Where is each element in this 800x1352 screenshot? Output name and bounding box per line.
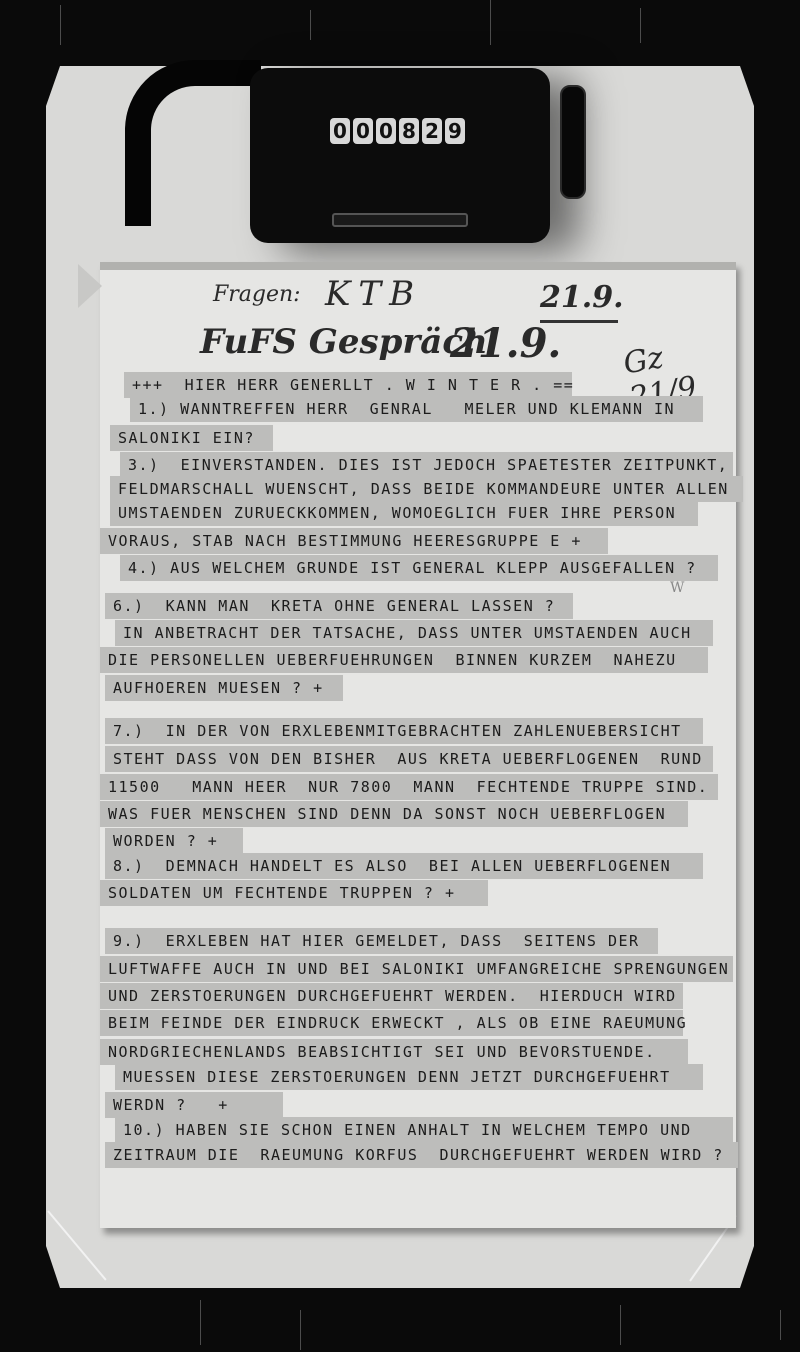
telex-line: STEHT DASS VON DEN BISHER AUS KRETA UEBE… [105, 746, 713, 772]
folded-corner [78, 264, 102, 308]
telex-line: IN ANBETRACHT DER TATSACHE, DASS UNTER U… [115, 620, 713, 646]
counter-digits: 0 0 0 8 2 9 [330, 118, 465, 144]
handwritten-date-top: 21.9. [540, 280, 624, 315]
margin-mark-w: W [670, 580, 684, 596]
film-scratch [310, 10, 311, 40]
telex-line: SOLDATEN UM FECHTENDE TRUPPEN ? + [100, 880, 488, 906]
telex-line: WAS FUER MENSCHEN SIND DENN DA SONST NOC… [100, 801, 688, 827]
telex-line: DIE PERSONELLEN UEBERFUEHRUNGEN BINNEN K… [100, 647, 708, 673]
handwritten-ktb: KTB [325, 274, 422, 314]
counter-slot [332, 213, 468, 227]
telex-line: 11500 MANN HEER NUR 7800 MANN FECHTENDE … [100, 774, 718, 800]
telex-line: WERDN ? + [105, 1092, 283, 1118]
counter-digit: 0 [330, 118, 350, 144]
handwritten-fufs-gespraech: FuFS Gespräch [200, 322, 488, 362]
telex-line: 3.) EINVERSTANDEN. DIES IST JEDOCH SPAET… [120, 452, 733, 478]
telex-line: 8.) DEMNACH HANDELT ES ALSO BEI ALLEN UE… [105, 853, 703, 879]
film-scratch [60, 5, 61, 45]
telex-line: ZEITRAUM DIE RAEUMUNG KORFUS DURCHGEFUEH… [105, 1142, 738, 1168]
telex-line: WORDEN ? + [105, 828, 243, 854]
telex-line: 4.) AUS WELCHEM GRUNDE IST GENERAL KLEPP… [120, 555, 718, 581]
counter-digit: 9 [445, 118, 465, 144]
telex-line: FELDMARSCHALL WUENSCHT, DASS BEIDE KOMMA… [110, 476, 743, 502]
telex-line: UND ZERSTOERUNGEN DURCHGEFUEHRT WERDEN. … [100, 983, 683, 1009]
counter-digit: 0 [376, 118, 396, 144]
film-scratch [300, 1310, 301, 1350]
handwritten-date: 21.9. [450, 320, 561, 367]
counter-cable [125, 60, 261, 226]
telex-line: AUFHOEREN MUESEN ? + [105, 675, 343, 701]
telex-line: 6.) KANN MAN KRETA OHNE GENERAL LASSEN ? [105, 593, 573, 619]
telex-line: LUFTWAFFE AUCH IN UND BEI SALONIKI UMFAN… [100, 956, 733, 982]
paper-top-edge [100, 262, 736, 270]
counter-knob-icon [560, 85, 586, 199]
telex-line: UMSTAENDEN ZURUECKKOMMEN, WOMOEGLICH FUE… [110, 500, 698, 526]
telex-line: 7.) IN DER VON ERXLEBENMITGEBRACHTEN ZAH… [105, 718, 703, 744]
counter-digit: 0 [353, 118, 373, 144]
film-scratch [200, 1300, 201, 1345]
film-scratch [780, 1310, 781, 1340]
telex-line: 9.) ERXLEBEN HAT HIER GEMELDET, DASS SEI… [105, 928, 658, 954]
telex-line: +++ HIER HERR GENERLLT . W I N T E R . =… [124, 372, 572, 398]
telex-line: 10.) HABEN SIE SCHON EINEN ANHALT IN WEL… [115, 1117, 733, 1143]
telex-line: VORAUS, STAB NACH BESTIMMUNG HEERESGRUPP… [100, 528, 608, 554]
telex-line: NORDGRIECHENLANDS BEABSICHTIGT SEI UND B… [100, 1039, 688, 1065]
telex-line: BEIM FEINDE DER EINDRUCK ERWECKT , ALS O… [100, 1010, 683, 1036]
telex-line: SALONIKI EIN? [110, 425, 273, 451]
counter-digit: 8 [399, 118, 419, 144]
handwritten-fragen: Fragen: [213, 282, 301, 307]
telex-line: 1.) WANNTREFFEN HERR GENRAL MELER UND KL… [130, 396, 703, 422]
film-scratch [490, 0, 491, 45]
counter-digit: 2 [422, 118, 442, 144]
film-scratch [620, 1305, 621, 1345]
frame-counter: 0 0 0 8 2 9 [250, 68, 550, 243]
telex-line: MUESSEN DIESE ZERSTOERUNGEN DENN JETZT D… [115, 1064, 703, 1090]
film-scratch [640, 8, 641, 43]
